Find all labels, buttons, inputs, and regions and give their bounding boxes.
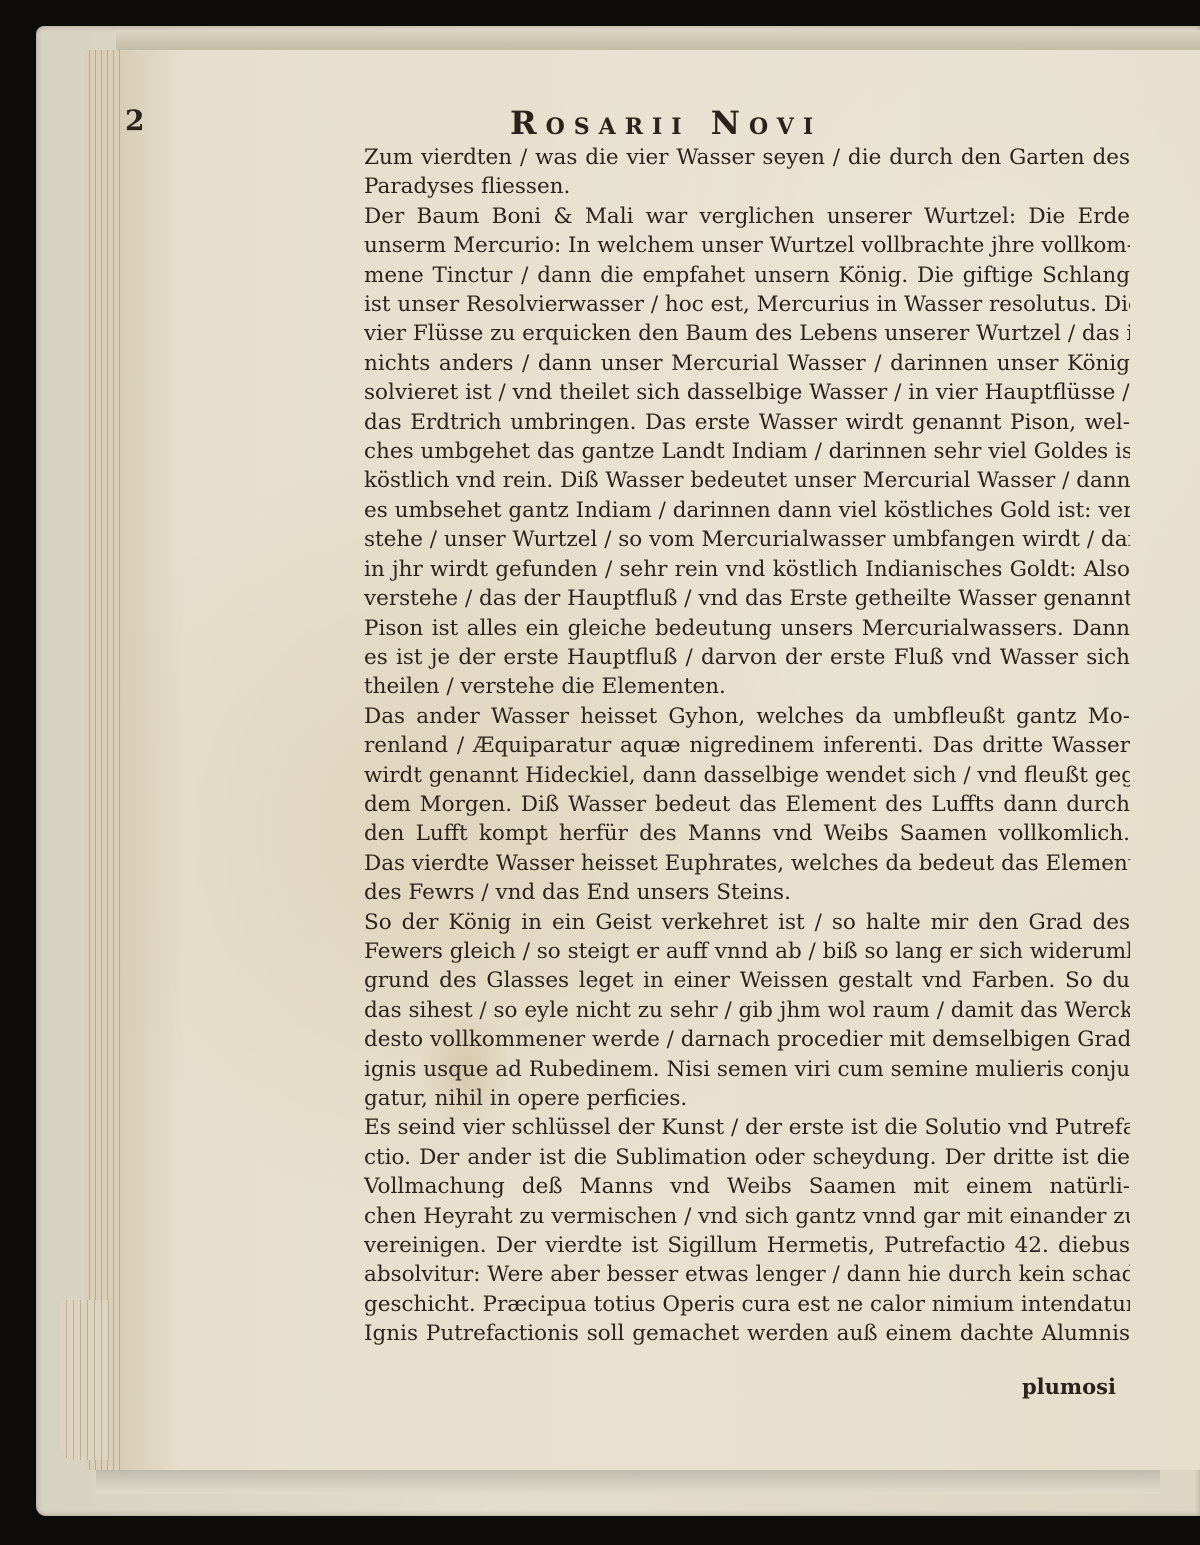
text-line: ches umbgehet das gantze Landt Indiam / … bbox=[330, 437, 1130, 466]
catchword: plumosi bbox=[1022, 1374, 1116, 1399]
text-line: vier Flüsse zu erquicken den Baum des Le… bbox=[330, 319, 1130, 348]
text-line: chen Heyraht zu vermischen / vnd sich ga… bbox=[330, 1202, 1130, 1231]
text-line: wirdt genannt Hideckiel, dann dasselbige… bbox=[330, 761, 1130, 790]
page-edges-stack bbox=[84, 50, 124, 1470]
text-line: Fewers gleich / so steigt er auff vnnd a… bbox=[330, 937, 1130, 966]
text-line: theilen / verstehe die Elementen. bbox=[330, 672, 1130, 701]
paragraph-3: Das ander Wasser heisset Gyhon, welches … bbox=[330, 702, 1130, 908]
text-line: köstlich vnd rein. Diß Wasser bedeutet u… bbox=[330, 466, 1130, 495]
text-line: Vollmachung deß Manns vnd Weibs Saamen m… bbox=[330, 1172, 1130, 1201]
text-line: Ignis Putrefactionis soll gemachet werde… bbox=[330, 1319, 1130, 1348]
text-line: unserm Mercurio: In welchem unser Wurtze… bbox=[330, 231, 1130, 260]
text-line: Pison ist alles ein gleiche bedeutung un… bbox=[330, 614, 1130, 643]
paragraph-2: Der Baum Boni & Mali war verglichen unse… bbox=[330, 202, 1130, 702]
text-line: stehe / unser Wurtzel / so vom Mercurial… bbox=[330, 525, 1130, 554]
text-line: Paradyses fliessen. bbox=[330, 172, 1130, 201]
text-line: renland / Æquiparatur aquæ nigredinem in… bbox=[330, 731, 1130, 760]
paragraph-4: So der König in ein Geist verkehret ist … bbox=[330, 908, 1130, 1114]
text-line: das sihest / so eyle nicht zu sehr / gib… bbox=[330, 996, 1130, 1025]
text-line: es ist je der erste Hauptfluß / darvon d… bbox=[330, 643, 1130, 672]
text-line: gatur, nihil in opere perficies. bbox=[330, 1084, 1130, 1113]
text-line: ignis usque ad Rubedinem. Nisi semen vir… bbox=[330, 1055, 1130, 1084]
text-line: dem Morgen. Diß Wasser bedeut das Elemen… bbox=[330, 790, 1130, 819]
text-line: nichts anders / dann unser Mercurial Was… bbox=[330, 349, 1130, 378]
text-line: das Erdtrich umbringen. Das erste Wasser… bbox=[330, 408, 1130, 437]
text-line: vereinigen. Der vierdte ist Sigillum Her… bbox=[330, 1231, 1130, 1260]
paragraph-1: Zum vierdten / was die vier Wasser seyen… bbox=[330, 143, 1130, 202]
page-edges-corner bbox=[60, 1300, 110, 1460]
text-line: geschicht. Præcipua totius Operis cura e… bbox=[330, 1290, 1130, 1319]
text-line: desto vollkommener werde / darnach proce… bbox=[330, 1025, 1130, 1054]
body-text: Zum vierdten / was die vier Wasser seyen… bbox=[330, 143, 1130, 1349]
running-head: Rosarii Novi bbox=[510, 104, 822, 142]
text-line: Das vierdte Wasser heisset Euphrates, we… bbox=[330, 849, 1130, 878]
paragraph-5: Es seind vier schlüssel der Kunst / der … bbox=[330, 1113, 1130, 1348]
text-line: verstehe / das der Hauptfluß / vnd das E… bbox=[330, 584, 1130, 613]
page-number: 2 bbox=[125, 104, 144, 137]
text-line: solvieret ist / vnd theilet sich dasselb… bbox=[330, 378, 1130, 407]
text-line: es umbsehet gantz Indiam / darinnen dann… bbox=[330, 496, 1130, 525]
text-line: So der König in ein Geist verkehret ist … bbox=[330, 908, 1130, 937]
text-line: grund des Glasses leget in einer Weissen… bbox=[330, 966, 1130, 995]
text-line: in jhr wirdt gefunden / sehr rein vnd kö… bbox=[330, 555, 1130, 584]
text-line: Der Baum Boni & Mali war verglichen unse… bbox=[330, 202, 1130, 231]
text-line: Es seind vier schlüssel der Kunst / der … bbox=[330, 1113, 1130, 1142]
text-line: ist unser Resolvierwasser / hoc est, Mer… bbox=[330, 290, 1130, 319]
text-line: absolvitur: Were aber besser etwas lenge… bbox=[330, 1260, 1130, 1289]
text-line: ctio. Der ander ist die Sublimation oder… bbox=[330, 1143, 1130, 1172]
text-line: mene Tinctur / dann die empfahet unsern … bbox=[330, 261, 1130, 290]
text-line: Das ander Wasser heisset Gyhon, welches … bbox=[330, 702, 1130, 731]
text-line: Zum vierdten / was die vier Wasser seyen… bbox=[330, 143, 1130, 172]
text-line: des Fewrs / vnd das End unsers Steins. bbox=[330, 878, 1130, 907]
text-line: den Lufft kompt herfür des Manns vnd Wei… bbox=[330, 819, 1130, 848]
